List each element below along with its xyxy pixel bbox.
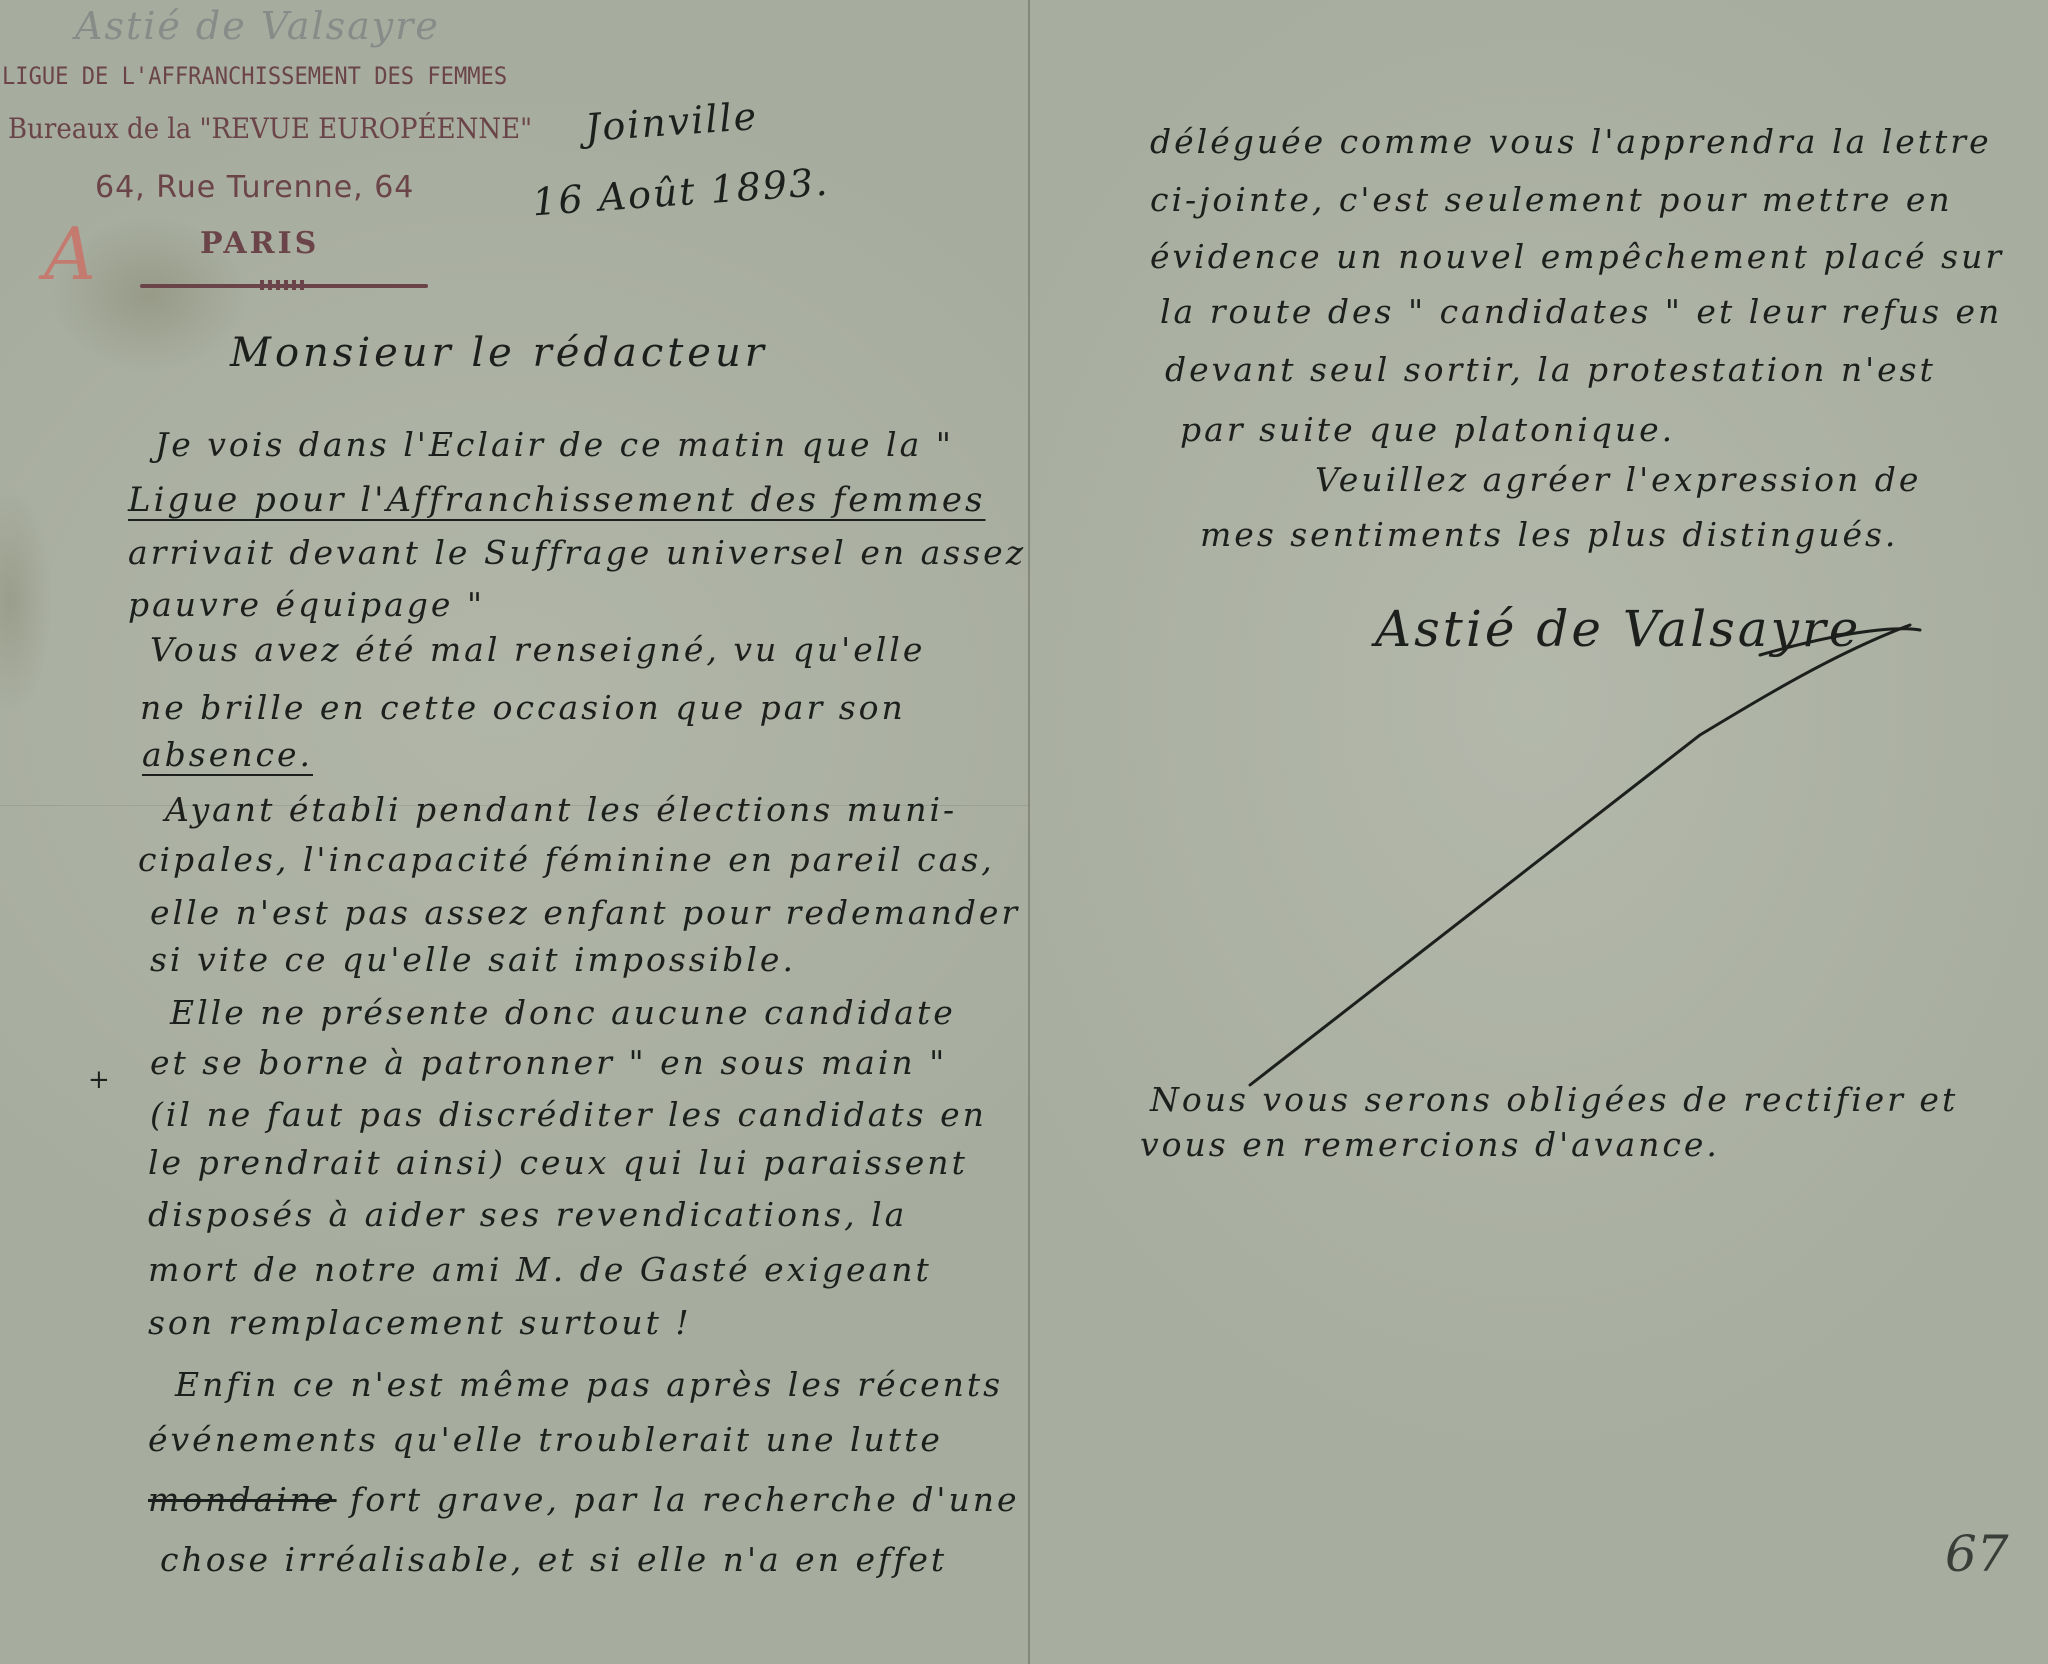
letter-line: si vite ce qu'elle sait impossible. — [150, 940, 796, 979]
salutation: Monsieur le rédacteur — [230, 330, 768, 376]
fold-line — [1028, 0, 1030, 1664]
letter-line: ne brille en cette occasion que par son — [140, 688, 906, 727]
letter-line: disposés à aider ses revendications, la — [148, 1195, 907, 1234]
letter-line: Ayant établi pendant les élections muni- — [165, 790, 957, 829]
letter-line: la route des " candidates " et leur refu… — [1160, 292, 2002, 331]
letter-line: devant seul sortir, la protestation n'es… — [1165, 350, 1936, 389]
struck-out-word: mondaine — [148, 1480, 337, 1519]
letter-line: ci-jointe, c'est seulement pour mettre e… — [1150, 180, 1953, 219]
letter-line-underlined: Ligue pour l'Affranchissement des femmes — [128, 480, 985, 520]
letter-line-text: fort grave, par la recherche d'une — [350, 1480, 1019, 1519]
letterhead-organization: LIGUE DE L'AFFRANCHISSEMENT DES FEMMES — [2, 62, 507, 90]
postscript-line: Nous vous serons obligées de rectifier e… — [1150, 1080, 1958, 1119]
archive-page-number: 67 — [1945, 1525, 2009, 1583]
letter-line: évidence un nouvel empêchement placé sur — [1150, 237, 2004, 276]
closing-line: mes sentiments les plus distingués. — [1200, 515, 1898, 554]
letter-line: déléguée comme vous l'apprendra la lettr… — [1150, 122, 1992, 161]
pencil-annotation: Astié de Valsayre — [75, 4, 440, 48]
letterhead-ornamental-rule — [140, 284, 428, 288]
letter-line: par suite que platonique. — [1180, 410, 1675, 449]
letter-line: le prendrait ainsi) ceux qui lui paraiss… — [148, 1143, 968, 1182]
closing-line: Veuillez agréer l'expression de — [1315, 460, 1921, 499]
letter-line: cipales, l'incapacité féminine en pareil… — [138, 840, 995, 879]
signature: Astié de Valsayre — [1375, 600, 1861, 658]
margin-cross-mark: + — [88, 1065, 110, 1095]
letter-line: arrivait devant le Suffrage universel en… — [128, 533, 1026, 572]
letter-sheet: Astié de Valsayre LIGUE DE L'AFFRANCHISS… — [0, 0, 2048, 1664]
letter-line: événements qu'elle troublerait une lutte — [148, 1420, 943, 1459]
letter-line: Elle ne présente donc aucune candidate — [170, 993, 956, 1032]
letter-line: elle n'est pas assez enfant pour redeman… — [150, 893, 1020, 932]
postscript-line: vous en remercions d'avance. — [1140, 1125, 1720, 1164]
letter-line: Vous avez été mal renseigné, vu qu'elle — [150, 630, 925, 669]
letter-line: mort de notre ami M. de Gasté exigeant — [148, 1250, 932, 1289]
letterhead-office: Bureaux de la "REVUE EUROPÉENNE" — [8, 112, 532, 145]
red-pencil-mark: A — [44, 218, 96, 290]
letter-line: son remplacement surtout ! — [148, 1303, 692, 1342]
letter-line: et se borne à patronner " en sous main " — [150, 1043, 947, 1082]
letter-line: (il ne faut pas discréditer les candidat… — [150, 1095, 987, 1134]
letter-line-with-strike: mondaine fort grave, par la recherche d'… — [148, 1480, 1020, 1519]
letter-line: Enfin ce n'est même pas après les récent… — [175, 1365, 1003, 1404]
letter-line: chose irréalisable, et si elle n'a en ef… — [160, 1540, 947, 1579]
place-line: Joinville — [584, 94, 760, 150]
letterhead-city: PARIS — [200, 226, 319, 261]
letter-line: pauvre équipage " — [128, 585, 485, 624]
letterhead-address: 64, Rue Turenne, 64 — [95, 170, 414, 205]
letter-line-underlined: absence. — [142, 735, 313, 774]
letter-line: Je vois dans l'Eclair de ce matin que la… — [155, 425, 954, 464]
